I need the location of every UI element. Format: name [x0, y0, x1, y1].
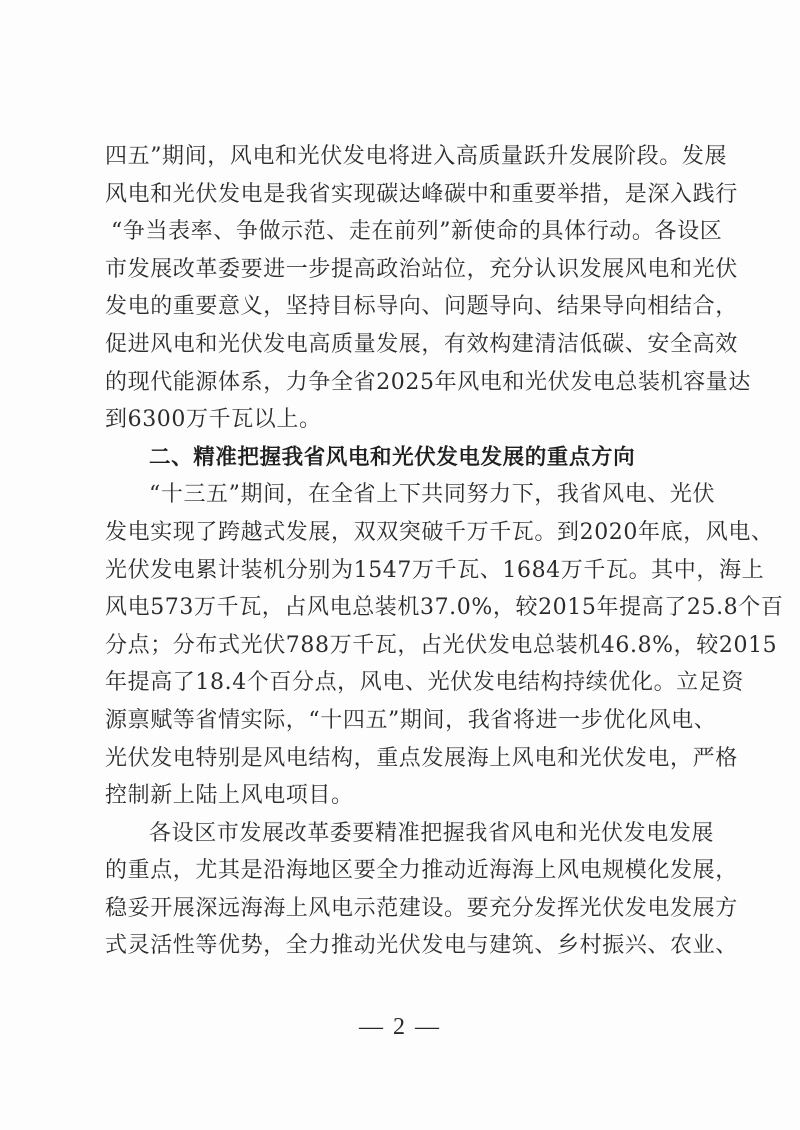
- section-heading: 二、精准把握我省风电和光伏发电发展的重点方向: [105, 439, 697, 477]
- text-line: “争当表率、争做示范、走在前列”新使命的具体行动。各设区: [105, 213, 697, 251]
- text-line: 四五”期间，风电和光伏发电将进入高质量跃升发展阶段。发展: [105, 138, 697, 176]
- text-line: 的现代能源体系，力争全省2025年风电和光伏发电总装机容量达: [105, 364, 697, 402]
- text-line: 风电573万千瓦，占风电总装机37.0%，较2015年提高了25.8个百: [105, 589, 697, 627]
- document-body: 四五”期间，风电和光伏发电将进入高质量跃升发展阶段。发展 风电和光伏发电是我省实…: [105, 138, 697, 965]
- text-line: 到6300万千瓦以上。: [105, 401, 697, 439]
- text-line: “十三五”期间，在全省上下共同努力下，我省风电、光伏: [105, 476, 697, 514]
- text-line: 光伏发电特别是风电结构，重点发展海上风电和光伏发电，严格: [105, 740, 697, 778]
- text-line: 促进风电和光伏发电高质量发展，有效构建清洁低碳、安全高效: [105, 326, 697, 364]
- text-line: 稳妥开展深远海海上风电示范建设。要充分发挥光伏发电发展方: [105, 890, 697, 928]
- text-line: 式灵活性等优势，全力推动光伏发电与建筑、乡村振兴、农业、: [105, 927, 697, 965]
- text-line: 发电的重要意义，坚持目标导向、问题导向、结果导向相结合，: [105, 288, 697, 326]
- document-page: 四五”期间，风电和光伏发电将进入高质量跃升发展阶段。发展 风电和光伏发电是我省实…: [0, 0, 800, 1130]
- text-line: 光伏发电累计装机分别为1547万千瓦、1684万千瓦。其中，海上: [105, 552, 697, 590]
- text-line: 市发展改革委要进一步提高政治站位，充分认识发展风电和光伏: [105, 251, 697, 289]
- text-line: 分点；分布式光伏788万千瓦，占光伏发电总装机46.8%，较2015: [105, 627, 697, 665]
- text-line: 各设区市发展改革委要精准把握我省风电和光伏发电发展: [105, 815, 697, 853]
- page-number: — 2 —: [0, 1014, 800, 1041]
- text-line: 的重点，尤其是沿海地区要全力推动近海海上风电规模化发展，: [105, 852, 697, 890]
- text-line: 年提高了18.4个百分点，风电、光伏发电结构持续优化。立足资: [105, 664, 697, 702]
- text-line: 控制新上陆上风电项目。: [105, 777, 697, 815]
- text-line: 风电和光伏发电是我省实现碳达峰碳中和重要举措，是深入践行: [105, 176, 697, 214]
- text-line: 发电实现了跨越式发展，双双突破千万千瓦。到2020年底，风电、: [105, 514, 697, 552]
- text-line: 源禀赋等省情实际，“十四五”期间，我省将进一步优化风电、: [105, 702, 697, 740]
